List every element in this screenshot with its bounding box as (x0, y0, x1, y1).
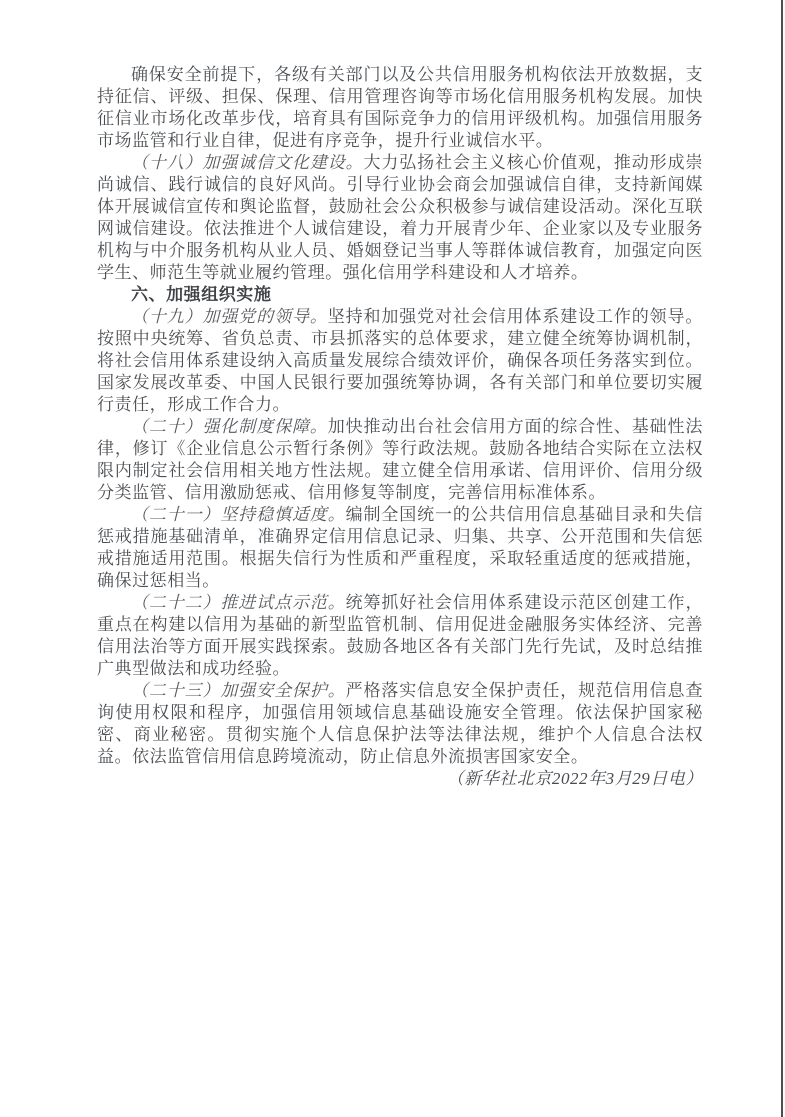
item-lead: （十九）加强党的领导。 (131, 307, 328, 326)
paragraph: （十八）加强诚信文化建设。大力弘扬社会主义核心价值观，推动形成崇尚诚信、践行诚信… (97, 152, 703, 284)
byline: （新华社北京2022年3月29日电） (97, 768, 703, 790)
paragraph: （二十）强化制度保障。加快推动出台社会信用方面的综合性、基础性法律，修订《企业信… (97, 416, 703, 504)
item-lead: （二十）强化制度保障。 (131, 417, 328, 436)
paragraph: （二十二）推进试点示范。统筹抓好社会信用体系建设示范区创建工作，重点在构建以信用… (97, 592, 703, 680)
item-lead: （二十一）坚持稳慎适度。 (131, 505, 346, 524)
scan-edge-line (781, 0, 783, 1117)
document-page: 确保安全前提下，各级有关部门以及公共信用服务机构依法开放数据，支持征信、评级、担… (0, 0, 785, 1117)
item-lead: （二十二）推进试点示范。 (131, 593, 346, 612)
item-lead: （十八）加强诚信文化建设。 (131, 153, 364, 172)
document-body: 确保安全前提下，各级有关部门以及公共信用服务机构依法开放数据，支持征信、评级、担… (97, 64, 703, 790)
paragraph: （二十三）加强安全保护。严格落实信息安全保护责任，规范信用信息查询使用权限和程序… (97, 680, 703, 768)
paragraph: （二十一）坚持稳慎适度。编制全国统一的公共信用信息基础目录和失信惩戒措施基础清单… (97, 504, 703, 592)
paragraph: 确保安全前提下，各级有关部门以及公共信用服务机构依法开放数据，支持征信、评级、担… (97, 64, 703, 152)
section-heading: 六、加强组织实施 (97, 284, 703, 306)
item-lead: （二十三）加强安全保护。 (131, 681, 346, 700)
paragraph: （十九）加强党的领导。坚持和加强党对社会信用体系建设工作的领导。按照中央统筹、省… (97, 306, 703, 416)
